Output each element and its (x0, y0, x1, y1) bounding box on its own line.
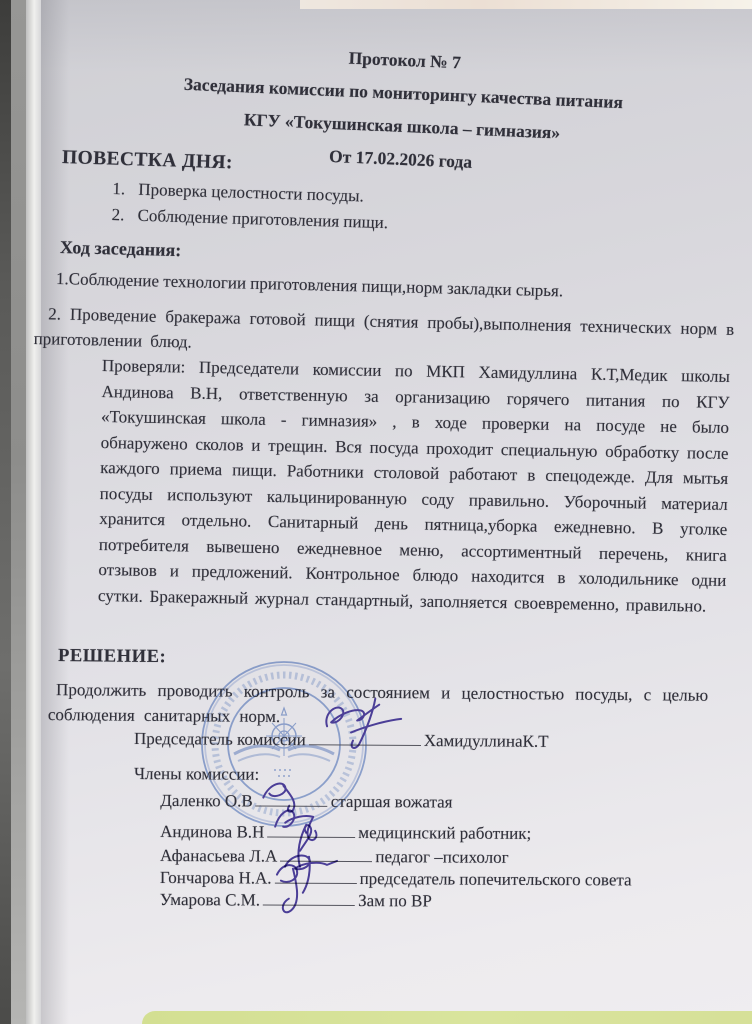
member-name: Андинова В.Н (160, 822, 264, 842)
proceedings-heading: Ход заседания: (60, 237, 182, 261)
member-signature-row: Гончарова Н.А.председатель попечительско… (160, 868, 632, 890)
decision-heading: РЕШЕНИЕ: (58, 646, 167, 668)
signature-line (263, 901, 355, 906)
agenda-item-number: 2. (111, 202, 138, 229)
member-signature-row: Умарова С.М.Зам по ВР (160, 890, 432, 911)
agenda-item-text: Проверка целостности посуды. (138, 180, 364, 206)
chairman-signature-line (309, 740, 421, 746)
member-signature (267, 859, 337, 915)
member-name: Даленко О.В (160, 791, 253, 810)
page-stack-edge (11, 0, 26, 1024)
chairman-signature-row: Председатель комиссииХамидуллинаК.Т (134, 729, 549, 752)
member-name: Умарова С.М. (160, 890, 260, 910)
agenda-item-number: 1. (112, 176, 139, 203)
binder-edge-dark (0, 0, 11, 1024)
member-name: Афанасьева Л.А (160, 846, 277, 866)
agenda-list: 1.Проверка целостности посуды. 2.Соблюде… (111, 176, 389, 236)
member-role: председатель попечительского совета (360, 869, 632, 889)
member-role: медицинский работник; (358, 823, 531, 843)
agenda-item-text: Соблюдение приготовления пищи. (137, 206, 388, 232)
member-role: Зам по ВР (358, 891, 432, 910)
top-paper-sliver (300, 0, 752, 9)
proceedings-point-1: 1.Соблюдение технологии приготовления пи… (56, 269, 732, 306)
chairman-label: Председатель комиссии (134, 729, 306, 749)
member-signature-row: Андинова В.Нмедицинский работник; (160, 822, 531, 844)
chairman-signature (313, 696, 413, 755)
chairman-name: ХамидуллинаК.Т (424, 731, 549, 751)
member-role: педагог –психолог (375, 847, 508, 867)
members-heading: Члены комиссии: (134, 764, 259, 785)
member-role: старшая вожатая (331, 792, 453, 812)
green-folder-strip (142, 1011, 752, 1024)
inspection-paragraph: Проверяли: Председатели комиссии по МКП … (98, 353, 730, 619)
members-signature-block: Даленко О.Встаршая вожатая Андинова В.Нм… (160, 791, 721, 934)
agenda-heading: ПОВЕСТКА ДНЯ: (62, 147, 234, 174)
member-name: Гончарова Н.А. (160, 868, 272, 888)
document-page: Протокол № 7 Заседания комиссии по монит… (0, 0, 752, 1024)
paper-highlight-edge (26, 0, 41, 1024)
